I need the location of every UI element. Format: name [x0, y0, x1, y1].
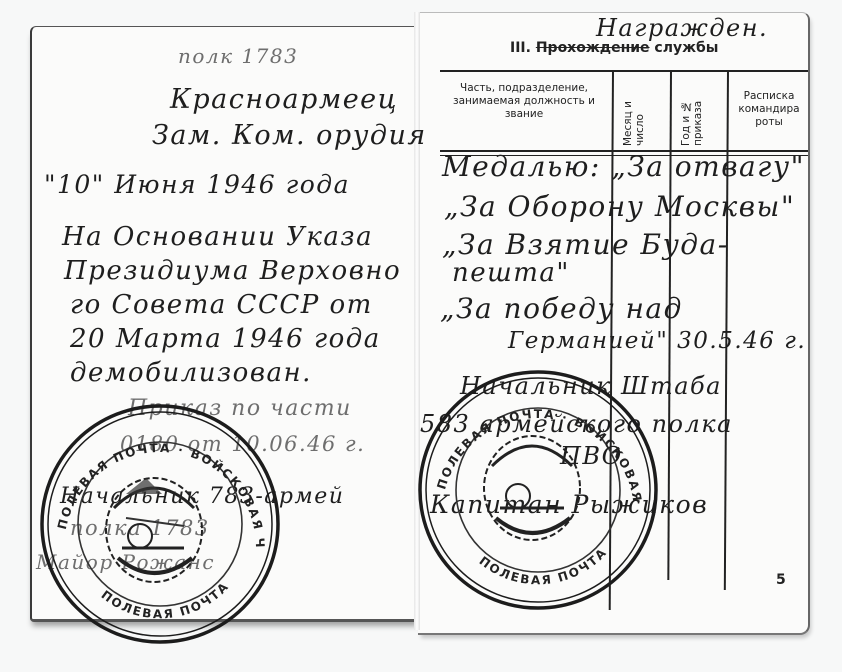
section-title: III. Прохождение службы [510, 40, 718, 56]
svg-text:ПОЛЕВАЯ ПОЧТА · ВОЙСКОВАЯ ЧАСТ: ПОЛЕВАЯ ПОЧТА · ВОЙСКОВАЯ ЧАСТЬ [34, 398, 267, 550]
header-month-day: Месяц и число [622, 80, 658, 146]
medal-entry-2: „За Оборону Москвы" [444, 190, 795, 223]
table-top-rule [440, 70, 808, 72]
medal-entry-4b: Германией" 30.5.46 г. [508, 328, 806, 354]
awarded-annotation: Награжден. [596, 14, 768, 42]
regiment-line: полк 1783 [178, 44, 298, 68]
official-stamp-right: ПОЛЕВАЯ ПОЧТА · ВОЙСКОВАЯ ЧАСТЬ ПОЛЕВАЯ … [414, 366, 670, 622]
header-year-order: Год и № приказа [680, 80, 716, 146]
demobilized-line: демобилизован. [70, 358, 312, 388]
medal-entry-1: Медалью: „За отвагу" [442, 150, 805, 183]
decree-line-3: го Совета СССР от [70, 290, 373, 320]
svg-text:ПОЛЕВАЯ ПОЧТА: ПОЛЕВАЯ ПОЧТА [477, 545, 610, 588]
section-title-rest: службы [654, 40, 718, 56]
coat-of-arms-icon [106, 478, 202, 582]
date-line: "10" Июня 1946 года [44, 170, 350, 199]
header-unit-position: Часть, подразделение, занимаемая должнос… [436, 82, 612, 121]
page-number: 5 [776, 572, 786, 588]
rank-line: Красноармеец [170, 84, 398, 115]
decree-line-4: 20 Марта 1946 года [70, 324, 381, 354]
decree-line-1: На Основании Указа [62, 222, 373, 252]
coat-of-arms-icon [484, 436, 580, 540]
position-line: Зам. Ком. орудия [152, 120, 427, 151]
section-title-struck: Прохождение [536, 40, 650, 56]
medal-entry-3b: пешта" [452, 258, 570, 288]
document-scan: полк 1783 Красноармеец Зам. Ком. орудия … [0, 0, 842, 672]
svg-text:ПОЛЕВАЯ ПОЧТА · ВОЙСКОВАЯ ЧАСТ: ПОЛЕВАЯ ПОЧТА · ВОЙСКОВАЯ ЧАСТЬ [414, 366, 645, 510]
medal-entry-3: „За Взятие Буда- [442, 228, 729, 261]
section-number: III. [510, 40, 531, 56]
official-stamp-left: ПОЛЕВАЯ ПОЧТА · ВОЙСКОВАЯ ЧАСТЬ ПОЛЕВАЯ … [34, 398, 294, 658]
header-commander-receipt: Расписка командира роты [730, 90, 808, 129]
decree-line-2: Президиума Верховно [64, 256, 401, 286]
medal-entry-4: „За победу над [440, 292, 683, 325]
svg-text:ПОЛЕВАЯ ПОЧТА: ПОЛЕВАЯ ПОЧТА [99, 579, 232, 622]
